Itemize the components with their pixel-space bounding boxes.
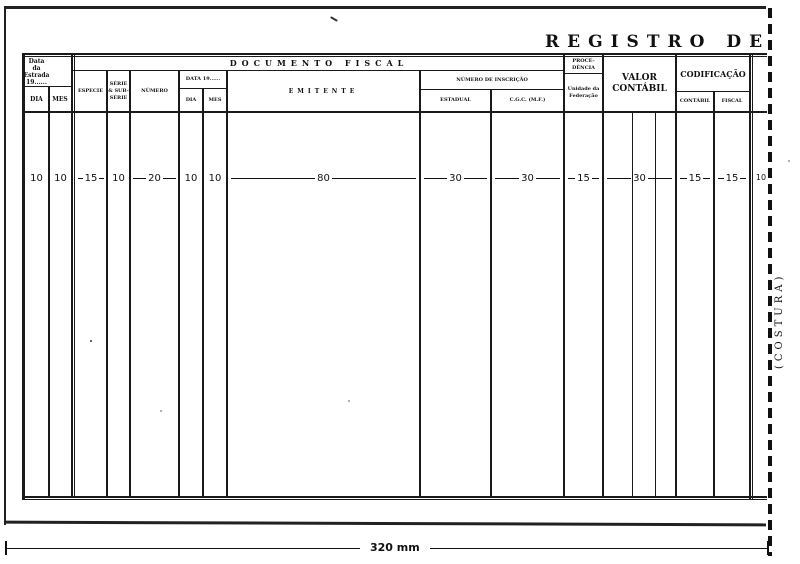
- dim-label: 30: [605, 173, 674, 184]
- procedencia-header: PROCE-DÊNCIA: [565, 57, 602, 73]
- col-line: [655, 111, 656, 496]
- col-line: [74, 53, 75, 496]
- documento-fiscal-header: DOCUMENTO FISCAL: [75, 57, 563, 70]
- unidade-federacao-header: Unidade da Federação: [565, 74, 602, 111]
- measure-tick-left: [5, 541, 7, 555]
- scan-mark: [330, 16, 338, 22]
- outer-frame-top: [4, 6, 766, 9]
- scan-mark: [160, 410, 162, 412]
- table-bottom-border-inner: [22, 499, 767, 500]
- col-line: [178, 70, 180, 496]
- col-line: [752, 53, 753, 499]
- costura-label: (COSTURA): [774, 269, 785, 373]
- dim-value: 10: [756, 173, 766, 182]
- data-entrada-header: Data da Estrada 19......: [25, 57, 48, 86]
- dim-value: 30: [449, 173, 462, 184]
- table-top-border: [22, 53, 767, 55]
- emitente-header: EMITENTE: [228, 71, 419, 111]
- dim-label: 15: [716, 173, 748, 184]
- valor-contabil-header: VALOR CONTÁBIL: [604, 57, 675, 111]
- dim-label: 10: [204, 173, 226, 184]
- col-line: [202, 88, 204, 496]
- table-bottom-border: [22, 496, 767, 498]
- dim-label: 10: [50, 173, 71, 184]
- dim-label: 30: [493, 173, 562, 184]
- dim-label: 10: [180, 173, 202, 184]
- dim-label: 80: [229, 173, 418, 184]
- dim-label: 10: [25, 173, 48, 184]
- scan-mark: [788, 160, 790, 162]
- dim-value: 30: [633, 173, 646, 184]
- col-line: [632, 111, 633, 496]
- serie-header: SÉRIE & SUB-SÉRIE: [108, 71, 129, 111]
- col-line: [71, 53, 73, 496]
- dim-value: 15: [689, 173, 702, 184]
- width-measure-label: 320 mm: [360, 541, 430, 554]
- measure-tick-right: [767, 541, 769, 555]
- dim-label: 30: [422, 173, 489, 184]
- col-line: [602, 53, 604, 496]
- mes-header: MES: [49, 87, 71, 111]
- dim-label: 15: [76, 173, 106, 184]
- col-line: [675, 53, 677, 496]
- dim-value: 10: [54, 173, 67, 184]
- dim-value: 10: [185, 173, 198, 184]
- fiscal-header: FISCAL: [715, 92, 749, 111]
- dim-label: 20: [131, 173, 178, 184]
- col-line: [129, 70, 131, 496]
- outer-frame-left: [4, 8, 6, 525]
- scan-mark: [90, 340, 92, 342]
- col-line: [48, 86, 50, 496]
- contabil-header: CONTÁBIL: [677, 92, 713, 111]
- dim-value: 10: [30, 173, 43, 184]
- data-doc-header: DATA 19......: [180, 71, 226, 88]
- dim-value: 80: [317, 173, 330, 184]
- scan-mark: [348, 400, 350, 402]
- codificacao-header: CODIFICAÇÃO: [677, 57, 749, 91]
- dim-value: 15: [85, 173, 98, 184]
- col-line: [419, 70, 421, 496]
- numero-header: NÚMERO: [131, 71, 178, 111]
- col-line: [563, 53, 565, 496]
- numero-inscricao-header: NÚMERO DE INSCRIÇÃO: [421, 71, 563, 89]
- binding-dashed-line: [768, 8, 772, 556]
- col-line: [490, 89, 492, 496]
- dim-value: 15: [726, 173, 739, 184]
- dim-value: 20: [148, 173, 161, 184]
- estadual-header: ESTADUAL: [421, 90, 490, 111]
- especie-header: ESPECIE: [75, 71, 106, 111]
- dim-label: 15: [566, 173, 601, 184]
- col-line: [749, 53, 751, 499]
- dia-header: DIA: [25, 87, 48, 111]
- outer-frame-bottom: [4, 521, 766, 527]
- mes-doc-header: MES: [204, 89, 226, 111]
- form-title: REGISTRO DE: [545, 32, 770, 52]
- col-line: [226, 70, 228, 496]
- dim-label: 10: [754, 173, 768, 182]
- dim-value: 15: [577, 173, 590, 184]
- dim-value: 30: [521, 173, 534, 184]
- col-line: [106, 70, 108, 496]
- dim-label: 10: [108, 173, 129, 184]
- dim-value: 10: [209, 173, 222, 184]
- col-line: [24, 53, 25, 499]
- cgc-header: C.G.C. (M.F.): [492, 90, 563, 111]
- dia-doc-header: DIA: [180, 89, 202, 111]
- dim-value: 10: [112, 173, 125, 184]
- dim-label: 15: [678, 173, 712, 184]
- col-line: [713, 91, 715, 496]
